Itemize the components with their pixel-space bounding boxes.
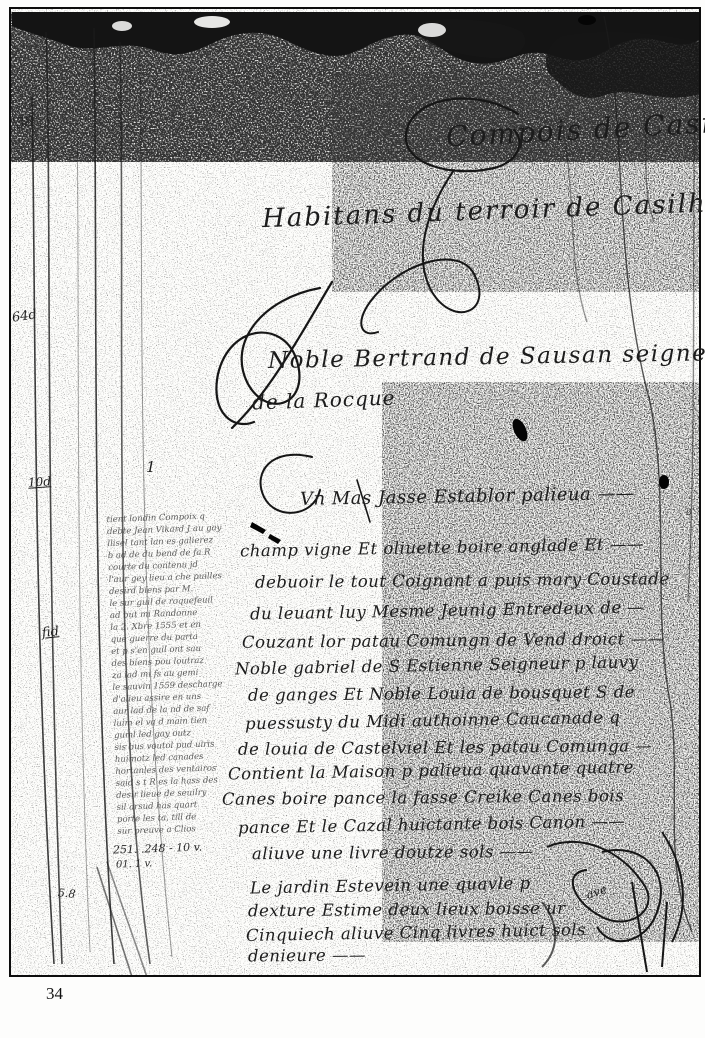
scanned-manuscript-page: Compois de Casil Habitans du terroir de …	[0, 0, 705, 1038]
margin-annotation-block: tient londin Compoix q debte Jean Vikard…	[106, 510, 232, 838]
body-line: denieure ——	[248, 947, 366, 965]
body-line: debuoir le tout Coignant a puis mary Cou…	[255, 571, 670, 591]
margin-figures-line: 01. 1 v.	[116, 859, 153, 870]
edge-mark: 64d	[11, 308, 37, 324]
right-edge-mark: o'	[686, 508, 695, 518]
body-line: de louia de Castelviel Et les patau Comu…	[238, 738, 652, 758]
edge-mark: 5.8	[57, 887, 76, 900]
body-line: Couzant lor patau Comungn de Vend droict…	[242, 631, 665, 651]
margin-figures-line: 251. .248 - 10 v.	[113, 841, 202, 855]
edge-mark: '38	[11, 115, 34, 131]
entry-marker: 1	[146, 460, 156, 475]
page-number: 34	[46, 984, 63, 1004]
body-line: de ganges Et Noble Louia de bousquet S d…	[248, 684, 635, 704]
edge-mark: fid	[41, 625, 59, 640]
body-line: Canes boire pance la fasse Creike Canes …	[222, 788, 624, 808]
body-line: aliuve une livre doutze sols ——	[252, 844, 534, 863]
heading-de-la-rocque: de la Rocque	[252, 388, 396, 413]
edge-mark: 10d	[28, 475, 52, 489]
body-line: dexture Estime deux lieux boisse ur	[248, 901, 566, 920]
speckle-heading-area	[332, 72, 699, 292]
